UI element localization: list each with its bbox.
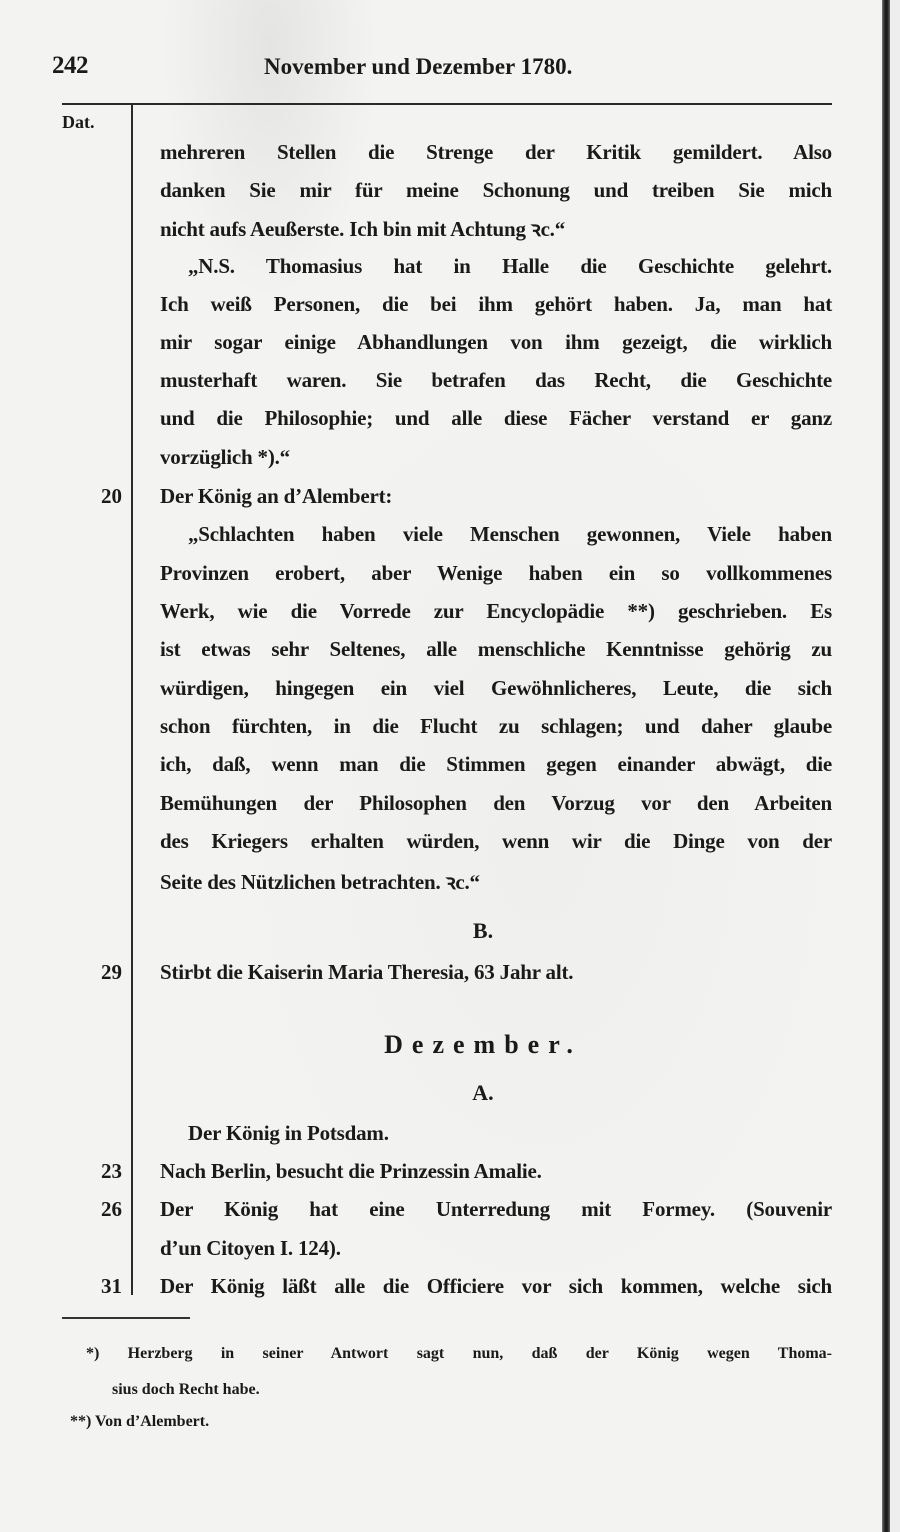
entry-date: 31 [86,1274,122,1299]
text-line: Werk, wie die Vorrede zur Encyclopädie *… [160,599,832,624]
text-line: schon fürchten, in die Flucht zu schlage… [160,714,832,739]
entry-text: Stirbt die Kaiserin Maria Theresia, 63 J… [160,960,832,985]
page-number: 242 [52,52,88,80]
date-column-divider [131,105,133,1295]
text-line: Der König an d’Alembert: [160,484,832,509]
entry-text: Der König läßt alle die Officiere vor si… [160,1274,832,1299]
page-margin [890,0,900,1532]
text-line: des Kriegers erhalten würden, wenn wir d… [160,829,832,854]
text-line: vorzüglich *).“ [160,445,832,470]
entry-date: 26 [86,1197,122,1222]
text-line: ich, daß, wenn man die Stimmen gegen ein… [160,752,832,777]
entry-text: Der König in Potsdam. [188,1121,832,1146]
entry-date: 29 [86,960,122,985]
section-heading-b: B. [133,918,833,944]
section-heading-a: A. [133,1080,833,1106]
text-line: Bemühungen der Philosophen den Vorzug vo… [160,791,832,816]
month-heading: Dezember. [133,1030,833,1060]
entry-text: Nach Berlin, besucht die Prinzessin Amal… [160,1159,832,1184]
entry-text: d’un Citoyen I. 124). [160,1236,832,1261]
footnote-2: **) Von d’Alembert. [70,1413,209,1431]
header-rule [62,103,832,105]
entry-text: Der König hat eine Unterredung mit Forme… [160,1197,832,1222]
text-line: „N.S. Thomasius hat in Halle die Geschic… [188,254,832,279]
text-line: Seite des Nützlichen betrachten. ꝛc.“ [160,868,832,896]
text-line: „Schlachten haben viele Menschen gewonne… [188,522,832,547]
text-line: mehreren Stellen die Strenge der Kritik … [160,140,832,165]
text-line: Ich weiß Personen, die bei ihm gehört ha… [160,292,832,317]
entry-date: 20 [86,484,122,509]
text-line: danken Sie mir für meine Schonung und tr… [160,178,832,203]
page-header: 242 November und Dezember 1780. [0,52,880,92]
date-column-label: Dat. [62,112,95,133]
text-line: musterhaft waren. Sie betrafen das Recht… [160,368,832,393]
entry-date: 23 [86,1159,122,1184]
text-line: würdigen, hingegen ein viel Gewöhnlicher… [160,676,832,701]
text-line: mir sogar einige Abhandlungen von ihm ge… [160,330,832,355]
footnote-rule [62,1317,190,1319]
footnote-1: *) Herzberg in seiner Antwort sagt nun, … [86,1345,832,1363]
footnote-1-cont: sius doch Recht habe. [112,1381,260,1399]
text-line: nicht aufs Aeußerste. Ich bin mit Achtun… [160,215,832,243]
text-line: ist etwas sehr Seltenes, alle menschlich… [160,637,832,662]
page-edge-shadow [882,0,890,1532]
text-line: Provinzen erobert, aber Wenige haben ein… [160,561,832,586]
text-line: und die Philosophie; und alle diese Fäch… [160,406,832,431]
running-title: November und Dezember 1780. [264,54,572,80]
